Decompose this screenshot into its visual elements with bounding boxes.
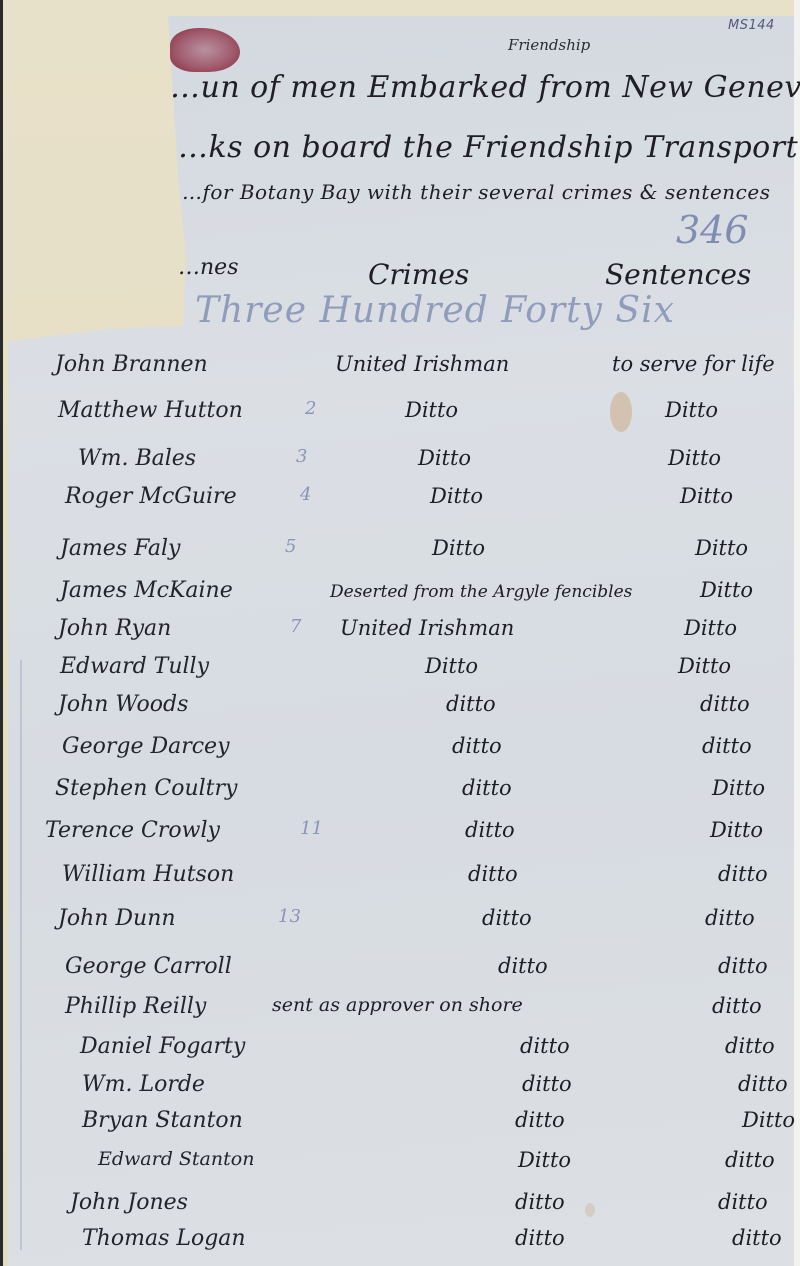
convict-name: Daniel Fogarty — [80, 1034, 245, 1059]
convict-name: Terence Crowly — [45, 818, 220, 843]
convict-crime: Ditto — [432, 536, 485, 560]
convict-row: John Dunn 13 ditto ditto — [0, 906, 800, 946]
convict-sentence: ditto — [718, 954, 768, 978]
heading-line-2: …ks on board the Friendship Transport — [178, 130, 798, 165]
convict-name: Thomas Logan — [82, 1226, 246, 1251]
convict-row: John Woods ditto ditto — [0, 692, 800, 732]
convict-crime: ditto — [498, 954, 548, 978]
convict-row: John Brannen United Irishman to serve fo… — [0, 352, 800, 392]
convict-crime: ditto — [482, 906, 532, 930]
row-number: 2 — [305, 398, 316, 419]
convict-crime: ditto — [515, 1190, 565, 1214]
wax-seal-remnant — [170, 28, 240, 72]
convict-name: William Hutson — [62, 862, 234, 887]
convict-sentence: ditto — [700, 692, 750, 716]
column-header-crimes: Crimes — [368, 258, 469, 291]
heading-insertion: Friendship — [508, 36, 590, 54]
convict-sentence: ditto — [702, 734, 752, 758]
convict-name: Wm. Bales — [78, 446, 196, 471]
convict-crime: United Irishman — [340, 616, 514, 640]
convict-crime: Ditto — [405, 398, 458, 422]
convict-crime: Ditto — [430, 484, 483, 508]
convict-name: Bryan Stanton — [82, 1108, 243, 1133]
convict-name: George Darcey — [62, 734, 230, 759]
column-header-names: …nes — [178, 255, 238, 280]
column-header-sentences: Sentences — [605, 258, 751, 291]
convict-sentence: ditto — [738, 1072, 788, 1096]
convict-name: Wm. Lorde — [82, 1072, 205, 1097]
convict-sentence: Ditto — [684, 616, 737, 640]
pencil-count-number: 346 — [676, 208, 749, 252]
convict-sentence: Ditto — [712, 776, 765, 800]
convict-row: George Darcey ditto ditto — [0, 734, 800, 774]
convict-crime: United Irishman — [335, 352, 509, 376]
convict-name: Roger McGuire — [65, 484, 237, 509]
convict-row: Edward Stanton Ditto ditto — [0, 1148, 800, 1188]
convict-name: Stephen Coultry — [55, 776, 237, 801]
convict-row: William Hutson ditto ditto — [0, 862, 800, 902]
convict-sentence: ditto — [705, 906, 755, 930]
convict-crime: ditto — [446, 692, 496, 716]
convict-name: John Jones — [70, 1190, 188, 1215]
convict-crime: ditto — [465, 818, 515, 842]
convict-name: Edward Stanton — [98, 1148, 254, 1170]
convict-row: Thomas Logan ditto ditto — [0, 1226, 800, 1266]
row-number: 5 — [285, 536, 296, 557]
convict-sentence: to serve for life — [612, 352, 775, 376]
convict-name: George Carroll — [65, 954, 232, 979]
convict-row: John Jones ditto ditto — [0, 1190, 800, 1230]
convict-sentence: ditto — [712, 994, 762, 1018]
convict-sentence: ditto — [718, 1190, 768, 1214]
heading-line-3: …for Botany Bay with their several crime… — [182, 180, 770, 204]
convict-name: Phillip Reilly — [65, 994, 206, 1019]
convict-crime: ditto — [452, 734, 502, 758]
convict-row: Terence Crowly 11 ditto Ditto — [0, 818, 800, 858]
convict-name: John Ryan — [58, 616, 171, 641]
convict-name: Edward Tully — [60, 654, 209, 679]
row-number: 13 — [278, 906, 301, 927]
convict-sentence: ditto — [718, 862, 768, 886]
row-number: 11 — [300, 818, 323, 839]
convict-sentence: Ditto — [700, 578, 753, 602]
row-number: 3 — [296, 446, 307, 467]
convict-row: Wm. Bales 3 Ditto Ditto — [0, 446, 800, 486]
convict-sentence: Ditto — [742, 1108, 795, 1132]
row-number: 4 — [300, 484, 311, 505]
row-number: 7 — [290, 616, 301, 637]
convict-row: Daniel Fogarty ditto ditto — [0, 1034, 800, 1074]
convict-row: James Faly 5 Ditto Ditto — [0, 536, 800, 576]
convict-crime: ditto — [515, 1226, 565, 1250]
convict-name: John Brannen — [55, 352, 208, 377]
convict-crime: Ditto — [425, 654, 478, 678]
convict-sentence: ditto — [732, 1226, 782, 1250]
convict-crime: ditto — [520, 1034, 570, 1058]
convict-row: James McKaine Deserted from the Argyle f… — [0, 578, 800, 618]
convict-row: Edward Tully Ditto Ditto — [0, 654, 800, 694]
convict-row: John Ryan 7 United Irishman Ditto — [0, 616, 800, 656]
pencil-count-words: Three Hundred Forty Six — [195, 290, 675, 331]
convict-name: James McKaine — [60, 578, 233, 603]
convict-crime: ditto — [522, 1072, 572, 1096]
convict-name: Matthew Hutton — [58, 398, 243, 423]
convict-sentence: ditto — [725, 1034, 775, 1058]
heading-line-1: …un of men Embarked from New Geneva — [170, 70, 800, 105]
convict-sentence: Ditto — [695, 536, 748, 560]
convict-crime: Ditto — [418, 446, 471, 470]
convict-row: Bryan Stanton ditto Ditto — [0, 1108, 800, 1148]
convict-crime: Ditto — [518, 1148, 571, 1172]
convict-row: George Carroll ditto ditto — [0, 954, 800, 994]
convict-name: John Woods — [58, 692, 188, 717]
convict-row: Stephen Coultry ditto Ditto — [0, 776, 800, 816]
convict-crime: ditto — [468, 862, 518, 886]
convict-sentence: ditto — [725, 1148, 775, 1172]
convict-crime: Deserted from the Argyle fencibles — [330, 582, 632, 602]
convict-sentence: Ditto — [680, 484, 733, 508]
catalogue-mark: MS144 — [728, 18, 775, 33]
convict-row: Roger McGuire 4 Ditto Ditto — [0, 484, 800, 524]
convict-sentence: Ditto — [710, 818, 763, 842]
convict-row: Phillip Reilly sent as approver on shore… — [0, 994, 800, 1034]
convict-name: John Dunn — [58, 906, 176, 931]
convict-crime: ditto — [462, 776, 512, 800]
convict-row: Matthew Hutton 2 Ditto Ditto — [0, 398, 800, 438]
convict-sentence: Ditto — [678, 654, 731, 678]
convict-sentence: Ditto — [665, 398, 718, 422]
convict-row: Wm. Lorde ditto ditto — [0, 1072, 800, 1112]
convict-sentence: Ditto — [668, 446, 721, 470]
convict-crime: sent as approver on shore — [272, 994, 523, 1016]
convict-crime: ditto — [515, 1108, 565, 1132]
convict-name: James Faly — [60, 536, 180, 561]
